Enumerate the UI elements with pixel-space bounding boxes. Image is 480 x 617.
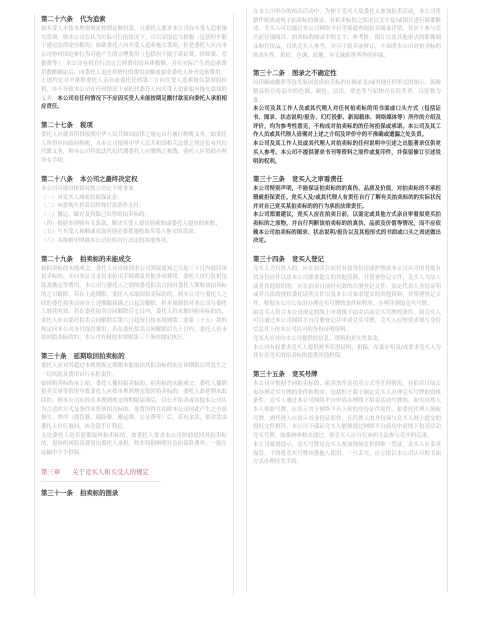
list-item: （三）搬运、储存及投保已出售的拍卖标的； bbox=[41, 211, 227, 220]
article-29: 第二十九条拍卖标的未能成交 如拍卖标的未能成交，委托人应自收到本公司领取通知之日… bbox=[41, 254, 227, 343]
article-heading: 竞买人之审看责任 bbox=[292, 175, 343, 183]
chapter-heading: 第三章关于竞买人和买受人的规定 bbox=[41, 466, 161, 482]
article-30: 第三十条延期取回拍卖标的 委托人应对其超过本规则规定期限未能取回其拍卖标的而在该… bbox=[41, 351, 227, 458]
article-34: 第三十四条竞买人登记 竞买人为自然人的，应在拍卖日前持有效身份证或护照或本公司认… bbox=[253, 254, 441, 361]
article-number: 第三十四条 bbox=[253, 255, 285, 263]
article-33: 第三十三条竞买人之审看责任 本公司特别声明，不能保证拍卖标的的真伪、品质及价值，… bbox=[253, 174, 441, 246]
article-title: 第二十七条税项 bbox=[41, 120, 227, 130]
article-number: 第三十二条 bbox=[253, 69, 285, 77]
article-title: 第二十九条拍卖标的未能成交 bbox=[41, 254, 227, 264]
paragraph: 如拍卖标的未能成交，委托人应自收到本公司领取通知之日起三十日内取回该拍卖标的，并… bbox=[41, 265, 227, 343]
bold-paragraph: 本公司特别声明，不能保证拍卖标的的真伪、品质及价值，对拍卖标的不承担瑕疵担保责任… bbox=[253, 185, 441, 211]
chapter-title: 关于竞买人和买受人的规定 bbox=[72, 468, 149, 476]
article-heading: 拍卖标的图录 bbox=[80, 489, 118, 497]
paragraph: 如因拍卖标的未上拍、委托人撤回拍卖标的、拍卖标的未能成交、委托人撤销拍卖交易等情… bbox=[41, 380, 227, 432]
paragraph: 上述约定并不排除委托人亲自或委托任何第三方向买受人追索拖欠款项的权利，亦不导致本… bbox=[41, 77, 227, 112]
article-title: 第二十六条代为追索 bbox=[41, 14, 227, 24]
article-number: 第三十条 bbox=[41, 352, 67, 360]
bold-text: 本公司在任何情况下不应因买受人未能按期足额付款而向委托人承担相应责任。 bbox=[41, 96, 227, 111]
chapter-number: 第三章 bbox=[41, 468, 60, 476]
article-heading: 拍卖标的未能成交 bbox=[80, 255, 131, 263]
article-32: 第三十二条图录之不确定性 因印刷或摄影等技术原因造成拍卖标的在图录及/或其他任何… bbox=[253, 68, 441, 166]
article-number: 第三十一条 bbox=[41, 489, 73, 497]
list-intro: 本公司可视具体情况独立决定下列事项： bbox=[41, 185, 227, 194]
article-title: 第三十条延期取回拍卖标的 bbox=[41, 351, 227, 361]
paragraph: 竞买人为自然人的，应在拍卖日前持有效身份证或护照或本公司认可的其他有效身份证件以… bbox=[253, 265, 441, 309]
article-heading: 税项 bbox=[80, 121, 93, 129]
article-31-continued: 在本公司举办的拍卖活动中，为便于竞买人及委托人参加拍卖活动，本公司将制作纸质或电… bbox=[253, 8, 441, 60]
article-heading: 竞买人登记 bbox=[292, 255, 324, 263]
list-item: （二）同意购买价款以特殊付款条件支付； bbox=[41, 202, 227, 211]
article-heading: 本公司之最终决定权 bbox=[80, 175, 138, 183]
paragraph: 委托人应就其所得按照中华人民共和国法律之规定自行履行纳税义务。如委托人所得应向政… bbox=[41, 131, 227, 166]
article-number: 第二十八条 bbox=[41, 175, 73, 183]
bold-paragraph: 本公司郑重建议，竞买人应在拍卖日前，以鉴定或其他方式亲自审看拟竞买拍卖标的之原物… bbox=[253, 211, 441, 246]
article-title: 第二十八条本公司之最终决定权 bbox=[41, 174, 227, 184]
paragraph: 本公司可视具体情况独立决定下列事项： （一）对竞买人减免收取保证金； （二）同意… bbox=[41, 185, 227, 246]
article-heading: 延期取回拍卖标的 bbox=[74, 352, 125, 360]
article-title: 第三十一条拍卖标的图录 bbox=[41, 488, 227, 498]
article-heading: 图录之不确定性 bbox=[292, 69, 337, 77]
article-number: 第三十三条 bbox=[253, 175, 285, 183]
paragraph: 如竞买人符合本公司规定的线上申请线下拍卖活动竞买号牌的条件，则竞买人可以通过本公… bbox=[253, 309, 441, 335]
bold-paragraph: 本公司及其工作人员或其代理人对拍卖标的任何说明中引述之出版著录仅供竞买人参考。本… bbox=[253, 140, 441, 166]
article-title: 第三十五条竞买号牌 bbox=[253, 369, 441, 379]
paragraph: 在本公司举办的拍卖活动中，为便于竞买人及委托人参加拍卖活动，本公司将制作纸质或电… bbox=[253, 8, 441, 60]
list-item: （一）对竞买人减免收取保证金； bbox=[41, 194, 227, 203]
paragraph: 委托人应对其超过本规则规定期限未能取回其拍卖标的而在该期限后所发生之一切风险及费… bbox=[41, 362, 227, 379]
article-title: 第三十四条竞买人登记 bbox=[253, 254, 441, 264]
right-page: 在本公司举办的拍卖活动中，为便于竞买人及委托人参加拍卖活动，本公司将制作纸质或电… bbox=[246, 8, 448, 592]
bold-paragraph: 本公司及其工作人员或其代理人对任何拍卖标的用书面或口头方式（包括证书、图录、状态… bbox=[253, 105, 441, 140]
paragraph: 本公司郑重提示，竞买号牌是竞买人参加现场竞价的唯一凭证。竞买人应妥善保管，不得将… bbox=[253, 441, 441, 467]
paragraph: 本公司有权要求竞买人提供财务状况证明、担保、存款证明及/或要求竞买人为其有意竞买… bbox=[253, 344, 441, 361]
article-27: 第二十七条税项 委托人应就其所得按照中华人民共和国法律之规定自行履行纳税义务。如… bbox=[41, 120, 227, 166]
left-page: 第二十六条代为追索 如买受人未按本规则规定按期足额付款，且委托人要求本公司向买受… bbox=[34, 14, 234, 596]
paragraph: 无论委托人是否延期取回拍卖标的，如委托人要求本公司协助退回其拍卖标的，退回的风险… bbox=[41, 432, 227, 458]
article-number: 第二十六条 bbox=[41, 15, 73, 23]
paragraph: 竞买人应对向本公司提供的信息、资料的真实性负责。 bbox=[253, 335, 441, 344]
article-number: 第二十七条 bbox=[41, 121, 73, 129]
article-35: 第三十五条竞买号牌 本公司可根据不同拍卖标的、拍卖条件及拍卖方式等任何情况，在拍… bbox=[253, 369, 441, 467]
article-heading: 竞买号牌 bbox=[292, 370, 318, 378]
article-28: 第二十八条本公司之最终决定权 本公司可视具体情况独立决定下列事项： （一）对竞买… bbox=[41, 174, 227, 246]
article-26: 第二十六条代为追索 如买受人未按本规则规定按期足额付款，且委托人要求本公司向买受… bbox=[41, 14, 227, 112]
paragraph: 如买受人未按本规则规定按期足额付款，且委托人要求本公司向买受人追索拖欠款项，则本… bbox=[41, 25, 227, 77]
list-item: （六）本规则中明确本公司有权自行决定的其他事项。 bbox=[41, 237, 227, 246]
article-heading: 代为追索 bbox=[80, 15, 106, 23]
list-item: （四）根据本规则有关条款，解决买受人提出的索赔或委托人提出的索赔； bbox=[41, 220, 227, 229]
article-number: 第三十五条 bbox=[253, 370, 285, 378]
article-title: 第三十二条图录之不确定性 bbox=[253, 68, 441, 78]
article-title: 第三十三条竞买人之审看责任 bbox=[253, 174, 441, 184]
article-number: 第二十九条 bbox=[41, 255, 73, 263]
list-item: （五）与买受人和解或采取其他必要措施收取买受人拖欠的款项； bbox=[41, 228, 227, 237]
paragraph: 本公司可根据不同拍卖标的、拍卖条件及拍卖方式等任何情况，在拍卖日前公布办理竞买号… bbox=[253, 380, 441, 441]
article-31: 第三十一条拍卖标的图录 bbox=[41, 488, 227, 498]
paragraph: 因印刷或摄影等技术原因造成拍卖标的在图录及/或其他任何形式的图示、影像制品和宣传… bbox=[253, 79, 441, 105]
